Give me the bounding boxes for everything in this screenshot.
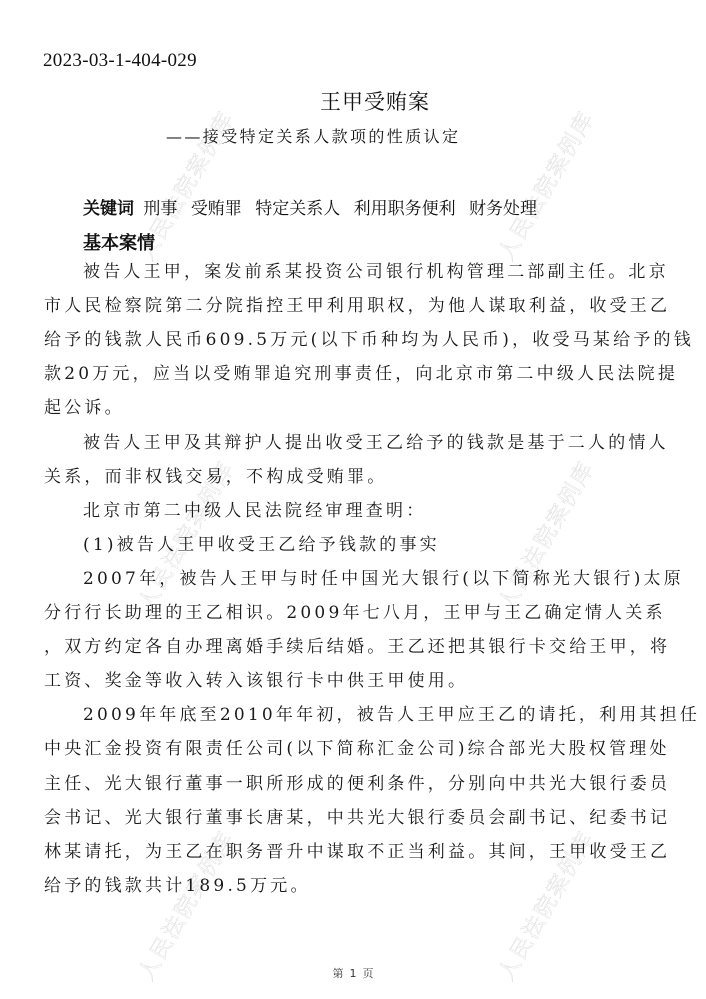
body-text-line: 中央汇金投资有限责任公司(以下简称汇金公司)综合部光大股权管理处 xyxy=(44,739,670,759)
keyword-tag: 刑事 xyxy=(143,199,177,219)
body-text-line: 2007年，被告人王甲与时任中国光大银行(以下简称光大银行)太原 xyxy=(83,569,684,589)
body-text-line: 款20万元，应当以受贿罪追究刑事责任，向北京市第二中级人民法院提 xyxy=(44,364,678,384)
body-text-line: (1)被告人王甲收受王乙给予钱款的事实 xyxy=(83,535,440,555)
keyword-tag: 财务处理 xyxy=(469,199,537,219)
body-text-line: 北京市第二中级人民法院经审理查明： xyxy=(83,501,426,521)
document-subtitle: ——接受特定关系人款项的性质认定 xyxy=(166,124,460,147)
body-text-line: 2009年年底至2010年年初，被告人王甲应王乙的请托，利用其担任 xyxy=(83,705,700,725)
body-text-line: 市人民检察院第二分院指控王甲利用职权，为他人谋取利益，收受王乙 xyxy=(44,296,670,316)
watermark: 人民法院案例库 xyxy=(490,104,601,265)
body-text-line: 会书记、光大银行董事长唐某，中共光大银行委员会副书记、纪委书记 xyxy=(44,808,670,828)
body-text-line: 给予的钱款人民币609.5万元(以下币种均为人民币)，收受马某给予的钱 xyxy=(44,330,694,350)
page-prefix: 第 xyxy=(333,967,344,980)
body-text-line: 给予的钱款共计189.5万元。 xyxy=(44,876,311,896)
keyword-tag: 特定关系人 xyxy=(255,199,340,219)
body-text-line: 被告人王甲及其辩护人提出收受王乙给予的钱款是基于二人的情人 xyxy=(83,433,669,453)
keyword-tag: 利用职务便利 xyxy=(354,199,456,219)
body-text-line: 主任、光大银行董事一职所形成的便利条件，分别向中共光大银行委员 xyxy=(44,774,670,794)
body-text-line: 工资、奖金等收入转入该银行卡中供王甲使用。 xyxy=(44,671,468,691)
body-text-line: 起公诉。 xyxy=(44,398,125,418)
page-footer: 第1页 xyxy=(0,965,706,981)
keywords-label: 关键词 xyxy=(83,199,134,219)
body-text-line: 林某请托，为王乙在职务晋升中谋取不正当利益。其间，王甲收受王乙 xyxy=(44,842,670,862)
keywords-row: 关键词 刑事 受贿罪 特定关系人 利用职务便利 财务处理 xyxy=(83,194,545,219)
document-title: 王甲受贿案 xyxy=(320,86,430,116)
document-page: 人民法院案例库 人民法院案例库 人民法院案例库 人民法院案例库 人民法院案例库 … xyxy=(0,0,706,999)
body-text-line: 关系，而非权钱交易，不构成受贿罪。 xyxy=(44,467,387,487)
body-text-line: ，双方约定各自办理离婚手续后结婚。王乙还把其银行卡交给王甲，将 xyxy=(44,637,670,657)
section-heading-basic-facts: 基本案情 xyxy=(83,229,155,255)
keyword-tag: 受贿罪 xyxy=(191,199,242,219)
page-suffix: 页 xyxy=(363,967,374,980)
case-number: 2023-03-1-404-029 xyxy=(43,50,197,72)
page-number: 1 xyxy=(350,967,357,980)
watermark: 人民法院案例库 xyxy=(490,454,601,615)
body-text-line: 分行行长助理的王乙相识。2009年七八月，王甲与王乙确定情人关系 xyxy=(44,603,666,623)
body-text-line: 被告人王甲，案发前系某投资公司银行机构管理二部副主任。北京 xyxy=(83,262,669,282)
